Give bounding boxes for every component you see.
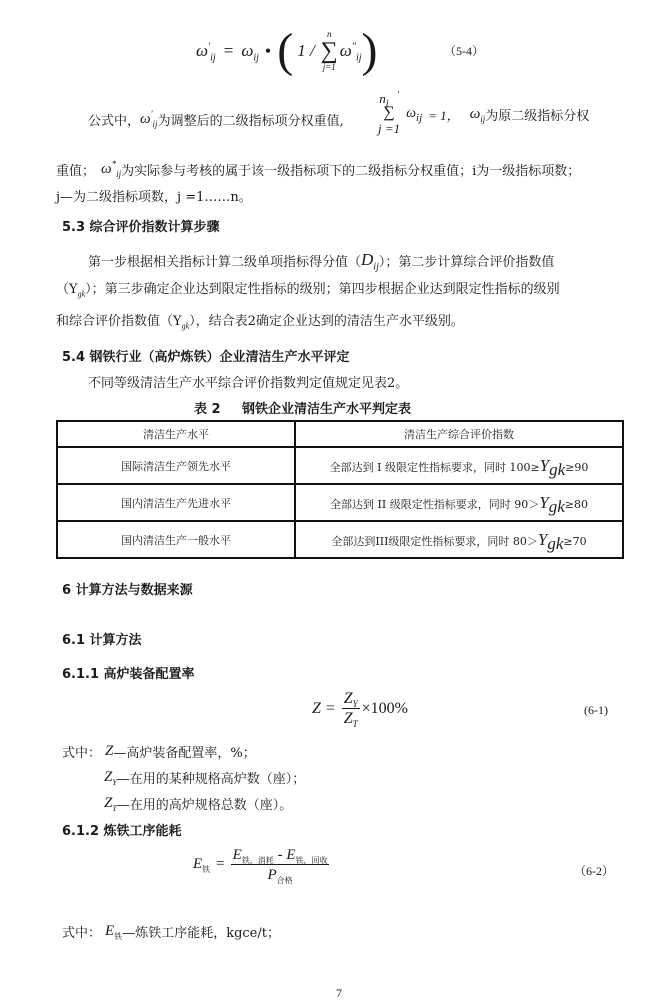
left-paren: ( <box>277 27 293 75</box>
omega-actual: ω″ij <box>340 41 362 61</box>
dot-operator: • <box>265 41 271 62</box>
equation-5-4: ω'ij = ωij • ( 1 / n ∑ j=1 ω″ij ) <box>196 26 378 76</box>
table-caption-number: 表 2 <box>194 398 221 417</box>
table-cell-requirement: 全部达到 II 级限定性指标要求，同时 90＞Ygk≥80 <box>295 484 623 521</box>
paragraph-5-3-line2: （Ygk）；第三步确定企业达到限定性指标的级别；第四步根据企业达到限定性指标的级… <box>56 278 560 297</box>
table-row: 国内清洁生产先进水平 全部达到 II 级限定性指标要求，同时 90＞Ygk≥80 <box>57 484 623 521</box>
heading-5-4: 5.4 钢铁行业（高炉炼铁）企业清洁生产水平评定 <box>62 346 350 365</box>
equation-label-6-1: (6-1) <box>584 703 608 718</box>
omega-actual: ω*ij <box>101 161 121 178</box>
heading-6-1-1: 6.1.1 高炉装备配置率 <box>62 663 195 682</box>
sum-constraint: ni' ∑ j =1 ωij = 1， ωij 为原二级指标分权 <box>378 92 589 137</box>
paragraph-5-3-line3: 和综合评价指数值（Ygk），结合表2确定企业达到的清洁生产水平级别。 <box>56 310 464 329</box>
table-cell-requirement: 全部达到 I 级限定性指标要求，同时 100≥Ygk≥90 <box>295 447 623 484</box>
table-cell-requirement: 全部达到III级限定性指标要求，同时 80＞Ygk≥70 <box>295 521 623 558</box>
heading-6-1-2: 6.1.2 炼铁工序能耗 <box>62 820 182 839</box>
paragraph-5-3-line1: 第一步根据相关指标计算二级单项指标得分值（ Dij ）；第二步计算综合评价指数值 <box>88 250 554 270</box>
text: 公式中， <box>88 110 140 129</box>
clean-production-level-table: 清洁生产水平 清洁生产综合评价指数 国际清洁生产领先水平 全部达到 I 级限定性… <box>56 420 624 559</box>
equation-label-6-2: （6-2） <box>574 862 614 879</box>
text: 重值； <box>56 160 95 179</box>
table-caption-title: 钢铁企业清洁生产水平判定表 <box>242 398 411 417</box>
paragraph-formula-explanation-line2: 重值； ω*ij 为实际参与考核的属于该一级指标项下的二级指标分权重值；i为一级… <box>56 160 580 179</box>
heading-5-3: 5.3 综合评价指数计算步骤 <box>62 216 220 235</box>
table-header-row: 清洁生产水平 清洁生产综合评价指数 <box>57 421 623 447</box>
paragraph-formula-explanation-line3: j—为二级指标项数，j =1……n。 <box>56 186 252 205</box>
summation: n ∑ j=1 <box>321 30 338 72</box>
omega-adjusted: ω'ij <box>196 41 216 61</box>
omega-original: ωij <box>241 41 259 61</box>
paragraph-5-4: 不同等级清洁生产水平综合评价指数判定值规定见表2。 <box>88 372 408 391</box>
equals-sign: = <box>224 41 234 61</box>
table-header-cell: 清洁生产综合评价指数 <box>295 421 623 447</box>
definition-zy: ZY —在用的某种规格高炉数（座）； <box>104 768 305 787</box>
table-cell-level: 国内清洁生产一般水平 <box>57 521 295 558</box>
table-header-cell: 清洁生产水平 <box>57 421 295 447</box>
definition-e-iron: 式中： E铁 —炼铁工序能耗，kgce/t； <box>62 922 280 941</box>
definition-zt: ZT —在用的高炉规格总数（座）。 <box>104 794 292 813</box>
right-paren: ) <box>362 27 378 75</box>
text: 为实际参与考核的属于该一级指标项下的二级指标分权重值；i为一级指标项数； <box>121 160 580 179</box>
equation-6-1: Z = ZY ZT ×100% <box>312 690 408 727</box>
table-row: 国内清洁生产一般水平 全部达到III级限定性指标要求，同时 80＞Ygk≥70 <box>57 521 623 558</box>
omega-adjusted: ω'ij <box>140 111 158 128</box>
text: 为调整后的二级指标项分权重值, <box>158 110 344 129</box>
equation-label-5-4: （5-4） <box>444 42 484 59</box>
table-cell-level: 国内清洁生产先进水平 <box>57 484 295 521</box>
one-over: 1 / <box>297 41 314 61</box>
table-row: 国际清洁生产领先水平 全部达到 I 级限定性指标要求，同时 100≥Ygk≥90 <box>57 447 623 484</box>
definition-z: 式中： Z —高炉装备配置率，%； <box>62 742 256 761</box>
page-number: 7 <box>336 986 342 1001</box>
table-cell-level: 国际清洁生产领先水平 <box>57 447 295 484</box>
heading-6-1: 6.1 计算方法 <box>62 629 142 648</box>
paragraph-formula-explanation-line1: 公式中， ω'ij 为调整后的二级指标项分权重值, <box>88 110 344 129</box>
equation-6-2: E铁 = E铁，消耗 - E铁，回收 P合格 <box>193 846 329 883</box>
heading-6: 6 计算方法与数据来源 <box>62 579 193 598</box>
